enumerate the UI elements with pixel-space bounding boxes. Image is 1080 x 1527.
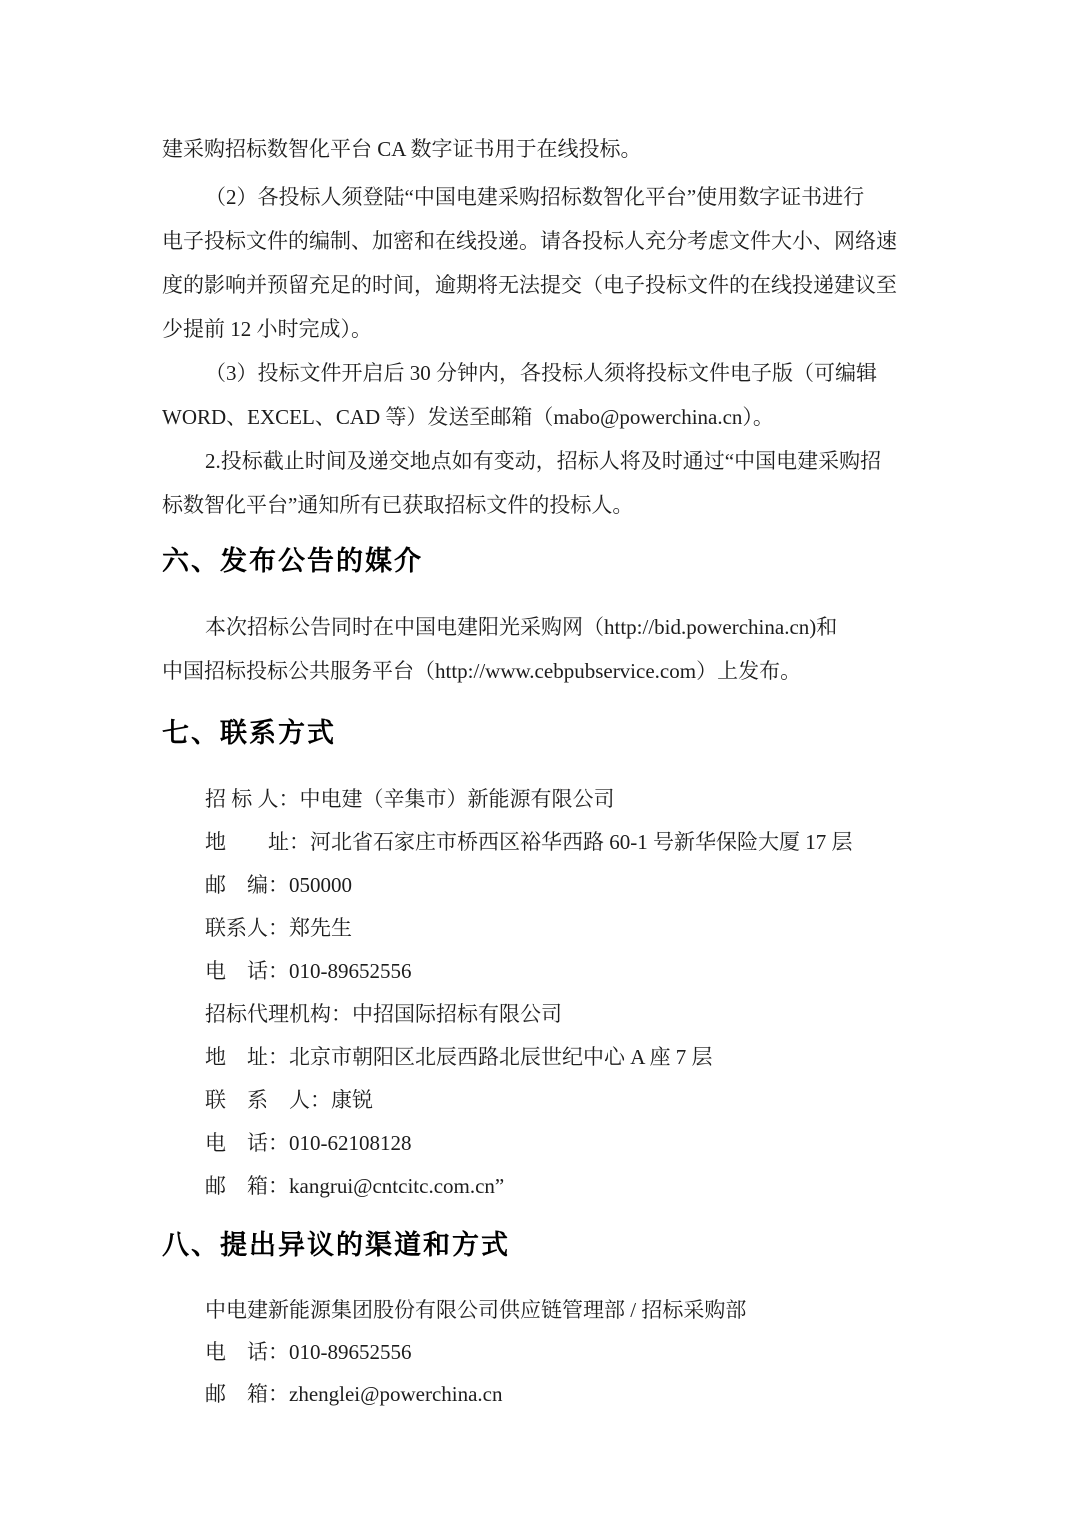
contact-tenderer-address: 地 址：河北省石家庄市桥西区裕华西路 60-1 号新华保险大厦 17 层 — [162, 821, 922, 864]
document-page: 建采购招标数智化平台 CA 数字证书用于在线投标。 （2）各投标人须登陆“中国电… — [0, 0, 1080, 1527]
section-heading-contact: 七、联系方式 — [162, 711, 922, 755]
body-line: 度的影响并预留充足的时间，逾期将无法提交（电子投标文件的在线投递建议至 — [162, 263, 922, 307]
contact-phone-agency: 电 话：010-62108128 — [162, 1122, 922, 1165]
body-line: 中国招标投标公共服务平台（http://www.cebpubservice.co… — [162, 649, 922, 693]
body-line: （2）各投标人须登陆“中国电建采购招标数智化平台”使用数字证书进行 — [162, 175, 922, 219]
paragraph-online-submission: （2）各投标人须登陆“中国电建采购招标数智化平台”使用数字证书进行 电子投标文件… — [162, 175, 922, 351]
body-line: 本次招标公告同时在中国电建阳光采购网（http://bid.powerchina… — [162, 605, 922, 649]
paragraph-deadline-change: 2.投标截止时间及递交地点如有变动，招标人将及时通过“中国电建采购招 标数智化平… — [162, 439, 922, 527]
contact-info-list: 招 标 人：中电建（辛集市）新能源有限公司 地 址：河北省石家庄市桥西区裕华西路… — [162, 778, 922, 1208]
objection-department: 中电建新能源集团股份有限公司供应链管理部 / 招标采购部 — [162, 1289, 922, 1331]
body-line: 电子投标文件的编制、加密和在线投递。请各投标人充分考虑文件大小、网络速 — [162, 219, 922, 263]
contact-email-agency: 邮 箱：kangrui@cntcitc.com.cn” — [162, 1165, 922, 1208]
objection-phone: 电 话：010-89652556 — [162, 1331, 922, 1373]
paragraph-ca-certificate: 建采购招标数智化平台 CA 数字证书用于在线投标。 — [162, 127, 922, 171]
contact-person-agency: 联 系 人：康锐 — [162, 1079, 922, 1122]
body-line: 建采购招标数智化平台 CA 数字证书用于在线投标。 — [162, 127, 922, 171]
body-line: WORD、EXCEL、CAD 等）发送至邮箱（mabo@powerchina.c… — [162, 395, 922, 439]
paragraph-media: 本次招标公告同时在中国电建阳光采购网（http://bid.powerchina… — [162, 605, 922, 693]
contact-postcode: 邮 编：050000 — [162, 864, 922, 907]
objection-info-list: 中电建新能源集团股份有限公司供应链管理部 / 招标采购部 电 话：010-896… — [162, 1289, 922, 1415]
section-heading-media: 六、发布公告的媒介 — [162, 539, 922, 583]
paragraph-electronic-copy: （3）投标文件开启后 30 分钟内，各投标人须将投标文件电子版（可编辑 WORD… — [162, 351, 922, 439]
body-line: 标数智化平台”通知所有已获取招标文件的投标人。 — [162, 483, 922, 527]
section-heading-objection: 八、提出异议的渠道和方式 — [162, 1223, 922, 1267]
body-line: （3）投标文件开启后 30 分钟内，各投标人须将投标文件电子版（可编辑 — [162, 351, 922, 395]
contact-tenderer: 招 标 人：中电建（辛集市）新能源有限公司 — [162, 778, 922, 821]
contact-agency-address: 地 址：北京市朝阳区北辰西路北辰世纪中心 A 座 7 层 — [162, 1036, 922, 1079]
objection-email: 邮 箱：zhenglei@powerchina.cn — [162, 1373, 922, 1415]
body-line: 少提前 12 小时完成）。 — [162, 307, 922, 351]
contact-phone-tenderer: 电 话：010-89652556 — [162, 950, 922, 993]
contact-agency: 招标代理机构：中招国际招标有限公司 — [162, 993, 922, 1036]
contact-person-tenderer: 联系人：郑先生 — [162, 907, 922, 950]
body-line: 2.投标截止时间及递交地点如有变动，招标人将及时通过“中国电建采购招 — [162, 439, 922, 483]
document-content: 建采购招标数智化平台 CA 数字证书用于在线投标。 （2）各投标人须登陆“中国电… — [0, 0, 1080, 1415]
